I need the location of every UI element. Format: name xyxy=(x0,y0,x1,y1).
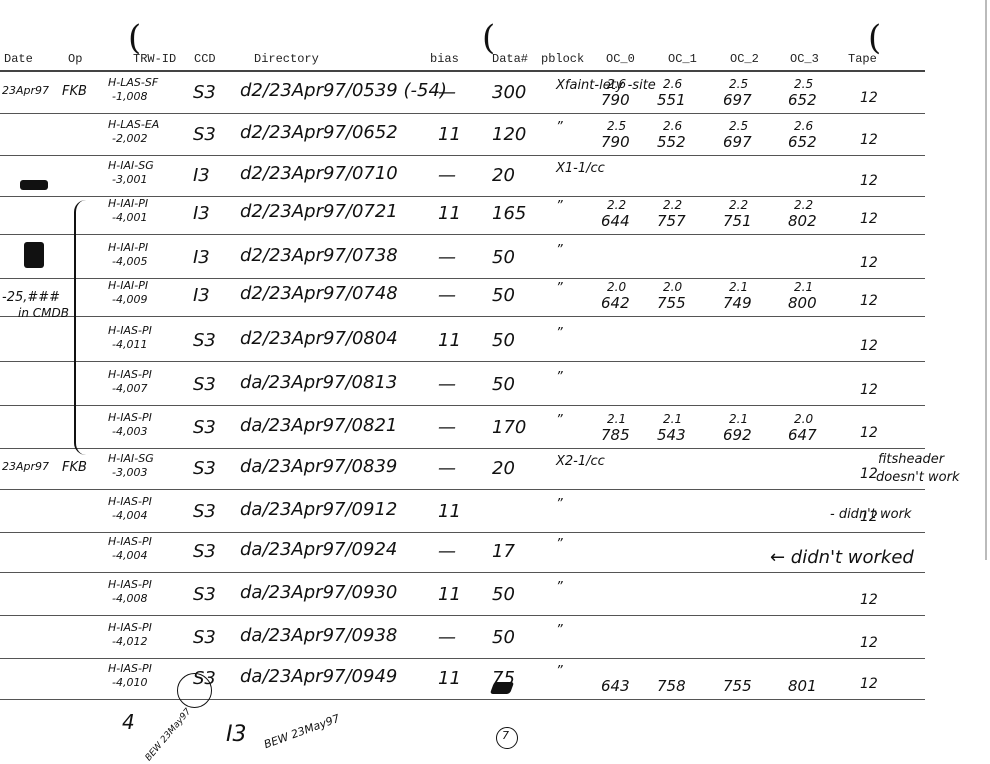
cell-pblock: ” xyxy=(556,497,563,512)
cell-ccd: S3 xyxy=(193,584,216,605)
cell-tape: 12 xyxy=(860,211,878,227)
cell-ccd: I3 xyxy=(193,203,210,224)
bottom-circled-number: 7 xyxy=(502,729,509,742)
page-edge-rule xyxy=(985,0,987,560)
cell-trw-id-suffix: -4,005 xyxy=(112,255,147,268)
bracket-note-2: in CMDB xyxy=(18,306,69,320)
cell-directory: da/23Apr97/0813 xyxy=(240,372,397,393)
cell-remark: doesn't work xyxy=(876,470,959,485)
cell-remark: - didn't work xyxy=(830,507,911,522)
header-divider xyxy=(0,70,925,72)
cell-oc-value: 652 xyxy=(788,134,817,151)
circle-mark xyxy=(177,673,212,708)
scribble-redaction xyxy=(24,242,44,268)
row-divider xyxy=(0,113,925,114)
row-divider xyxy=(0,234,925,235)
cell-oc-value: 551 xyxy=(657,92,686,109)
row-divider xyxy=(0,155,925,156)
cell-trw-id: H-IAI-PI xyxy=(108,241,148,254)
cell-oc-value: 785 xyxy=(601,427,630,444)
cell-bias: 11 xyxy=(438,501,461,522)
cell-trw-id-suffix: -4,001 xyxy=(112,211,147,224)
cell-data-num: 17 xyxy=(492,541,515,562)
cell-directory: d2/23Apr97/0738 xyxy=(240,245,398,266)
row-divider xyxy=(0,361,925,362)
cell-tape: 12 xyxy=(860,90,878,106)
cell-bias: 11 xyxy=(438,668,461,689)
scribble-redaction xyxy=(20,180,48,190)
cell-pblock: ” xyxy=(556,413,563,428)
cell-oc-value: 758 xyxy=(657,678,686,695)
cell-bias: — xyxy=(438,82,456,103)
cell-trw-id: H-IAS-PI xyxy=(108,495,152,508)
row-divider xyxy=(0,405,925,406)
cell-trw-id-suffix: -2,002 xyxy=(112,132,147,145)
cell-trw-id: H-IAI-SG xyxy=(108,159,154,172)
cell-bias: — xyxy=(438,458,456,479)
cell-directory: d2/23Apr97/0721 xyxy=(240,201,398,222)
row-divider xyxy=(0,489,925,490)
cell-pblock: ” xyxy=(556,120,563,135)
cell-bias: 11 xyxy=(438,203,461,224)
header-oc2: OC_2 xyxy=(730,52,759,66)
cell-trw-id-suffix: -4,011 xyxy=(112,338,147,351)
cell-trw-id: H-IAI-SG xyxy=(108,452,154,465)
cell-tape: 12 xyxy=(860,132,878,148)
cell-trw-id-suffix: -4,007 xyxy=(112,382,147,395)
cell-directory: da/23Apr97/0821 xyxy=(240,415,397,436)
cell-ccd: S3 xyxy=(193,458,216,479)
header-oc1: OC_1 xyxy=(668,52,697,66)
correction-initials-2: BEW 23May97 xyxy=(262,712,341,751)
row-divider xyxy=(0,699,925,700)
cell-oc-value: 800 xyxy=(788,295,817,312)
cell-remark: fitsheader xyxy=(878,452,944,467)
cell-directory: d2/23Apr97/0804 xyxy=(240,328,398,349)
cell-bias: — xyxy=(438,285,456,306)
cell-op: FKB xyxy=(62,84,87,99)
cell-pblock: ” xyxy=(556,281,563,296)
cell-directory: d2/23Apr97/0652 xyxy=(240,122,398,143)
cell-trw-id-suffix: -1,008 xyxy=(112,90,147,103)
cell-data-num: 20 xyxy=(492,165,515,186)
cell-oc-value: 692 xyxy=(723,427,752,444)
cell-oc-value: 697 xyxy=(723,134,752,151)
cell-trw-id: H-IAS-PI xyxy=(108,324,152,337)
cell-directory: da/23Apr97/0839 xyxy=(240,456,397,477)
cell-ccd: S3 xyxy=(193,541,216,562)
cell-data-num: 50 xyxy=(492,285,515,306)
cell-trw-id: H-IAS-PI xyxy=(108,578,152,591)
cell-remark: ← didn't worked xyxy=(770,547,914,568)
cell-data-num: 50 xyxy=(492,247,515,268)
cell-date: 23Apr97 xyxy=(2,84,49,97)
cell-tape: 12 xyxy=(860,592,878,608)
header-trw-id: TRW-ID xyxy=(133,52,176,66)
cell-oc-value: 755 xyxy=(657,295,686,312)
cell-data-num: 20 xyxy=(492,458,515,479)
header-op: Op xyxy=(68,52,82,66)
cell-ccd: S3 xyxy=(193,501,216,522)
row-divider xyxy=(0,615,925,616)
cell-pblock: ” xyxy=(556,537,563,552)
cell-oc-value: 790 xyxy=(601,134,630,151)
cell-bias: 11 xyxy=(438,584,461,605)
header-date: Date xyxy=(4,52,33,66)
header-bias: bias xyxy=(430,52,459,66)
cell-oc-value: 644 xyxy=(601,213,630,230)
cell-tape: 12 xyxy=(860,338,878,354)
cell-directory: da/23Apr97/0912 xyxy=(240,499,397,520)
cell-bias: — xyxy=(438,541,456,562)
bracket-brace xyxy=(74,200,90,455)
cell-ccd: S3 xyxy=(193,330,216,351)
cell-data-num: 300 xyxy=(492,82,526,103)
scribble-redaction xyxy=(490,682,514,694)
cell-pblock: X1-1/cc xyxy=(556,161,605,176)
cell-ccd: S3 xyxy=(193,417,216,438)
cell-ccd: S3 xyxy=(193,82,216,103)
cell-ccd: S3 xyxy=(193,124,216,145)
cell-pblock: ” xyxy=(556,580,563,595)
cell-tape: 12 xyxy=(860,425,878,441)
cell-pblock: ” xyxy=(556,243,563,258)
cell-trw-id: H-IAS-PI xyxy=(108,662,152,675)
cell-oc-value: 552 xyxy=(657,134,686,151)
header-pblock: pblock xyxy=(541,52,584,66)
cell-oc-value: 643 xyxy=(601,678,630,695)
cell-trw-id: H-IAS-PI xyxy=(108,621,152,634)
correction-value-1: 4 xyxy=(122,710,135,734)
header-directory: Directory xyxy=(254,52,319,66)
cell-bias: — xyxy=(438,417,456,438)
cell-trw-id-suffix: -4,009 xyxy=(112,293,147,306)
cell-pblock: ” xyxy=(556,199,563,214)
cell-tape: 12 xyxy=(860,676,878,692)
cell-tape: 12 xyxy=(860,173,878,189)
cell-oc-value: 749 xyxy=(723,295,752,312)
cell-bias: — xyxy=(438,247,456,268)
header-data-num: Data# xyxy=(492,52,528,66)
cell-trw-id: H-IAS-PI xyxy=(108,535,152,548)
cell-ccd: I3 xyxy=(193,247,210,268)
header-tape: Tape xyxy=(848,52,877,66)
row-divider xyxy=(0,658,925,659)
cell-oc-value: 790 xyxy=(601,92,630,109)
cell-op: FKB xyxy=(62,460,87,475)
log-sheet: ( ( ( Date Op TRW-ID CCD Directory bias … xyxy=(0,0,990,764)
cell-data-num: 120 xyxy=(492,124,526,145)
cell-bias: 11 xyxy=(438,330,461,351)
cell-directory: d2/23Apr97/0748 xyxy=(240,283,398,304)
cell-directory: d2/23Apr97/0539 (-54) xyxy=(240,80,447,101)
cell-tape: 12 xyxy=(860,382,878,398)
cell-pblock: X2-1/cc xyxy=(556,454,605,469)
cell-oc-value: 757 xyxy=(657,213,686,230)
cell-oc-value: 697 xyxy=(723,92,752,109)
cell-ccd: S3 xyxy=(193,374,216,395)
cell-data-num: 165 xyxy=(492,203,526,224)
cell-pblock: ” xyxy=(556,623,563,638)
cell-trw-id: H-IAS-PI xyxy=(108,368,152,381)
cell-trw-id-suffix: -3,001 xyxy=(112,173,147,186)
cell-oc-value: 642 xyxy=(601,295,630,312)
cell-tape: 12 xyxy=(860,635,878,651)
row-divider xyxy=(0,572,925,573)
cell-trw-id-suffix: -4,004 xyxy=(112,549,147,562)
cell-trw-id: H-IAI-PI xyxy=(108,279,148,292)
cell-oc-value: 647 xyxy=(788,427,817,444)
cell-directory: da/23Apr97/0924 xyxy=(240,539,397,560)
correction-initials-1: BEW 23May97 xyxy=(144,707,194,763)
cell-trw-id-suffix: -4,012 xyxy=(112,635,147,648)
correction-value-2: I3 xyxy=(226,722,247,747)
cell-pblock: ” xyxy=(556,370,563,385)
cell-data-num: 50 xyxy=(492,584,515,605)
header-ccd: CCD xyxy=(194,52,216,66)
cell-oc-value: 751 xyxy=(723,213,752,230)
cell-bias: — xyxy=(438,374,456,395)
cell-oc-value: 652 xyxy=(788,92,817,109)
cell-trw-id: H-IAS-PI xyxy=(108,411,152,424)
cell-data-num: 50 xyxy=(492,374,515,395)
cell-oc-value: 543 xyxy=(657,427,686,444)
cell-directory: da/23Apr97/0938 xyxy=(240,625,397,646)
cell-oc-value: 801 xyxy=(788,678,817,695)
cell-tape: 12 xyxy=(860,293,878,309)
row-divider xyxy=(0,532,925,533)
cell-data-num: 170 xyxy=(492,417,526,438)
cell-ccd: S3 xyxy=(193,627,216,648)
header-oc3: OC_3 xyxy=(790,52,819,66)
cell-pblock: ” xyxy=(556,326,563,341)
cell-data-num: 50 xyxy=(492,330,515,351)
cell-directory: d2/23Apr97/0710 xyxy=(240,163,398,184)
cell-trw-id-suffix: -3,003 xyxy=(112,466,147,479)
cell-bias: — xyxy=(438,165,456,186)
cell-data-num: 50 xyxy=(492,627,515,648)
cell-oc-value: 802 xyxy=(788,213,817,230)
cell-trw-id-suffix: -4,003 xyxy=(112,425,147,438)
cell-trw-id-suffix: -4,004 xyxy=(112,509,147,522)
cell-trw-id-suffix: -4,010 xyxy=(112,676,147,689)
cell-bias: — xyxy=(438,627,456,648)
row-divider xyxy=(0,448,925,449)
cell-trw-id: H-LAS-EA xyxy=(108,118,159,131)
cell-directory: da/23Apr97/0930 xyxy=(240,582,397,603)
header-oc0: OC_0 xyxy=(606,52,635,66)
cell-ccd: I3 xyxy=(193,285,210,306)
cell-directory: da/23Apr97/0949 xyxy=(240,666,397,687)
cell-date: 23Apr97 xyxy=(2,460,49,473)
cell-trw-id: H-IAI-PI xyxy=(108,197,148,210)
cell-ccd: I3 xyxy=(193,165,210,186)
cell-oc-value: 755 xyxy=(723,678,752,695)
row-divider xyxy=(0,316,925,317)
cell-tape: 12 xyxy=(860,255,878,271)
cell-trw-id: H-LAS-SF xyxy=(108,76,158,89)
bracket-note-1: -25,### xyxy=(2,290,60,305)
cell-pblock: ” xyxy=(556,664,563,679)
cell-bias: 11 xyxy=(438,124,461,145)
cell-trw-id-suffix: -4,008 xyxy=(112,592,147,605)
